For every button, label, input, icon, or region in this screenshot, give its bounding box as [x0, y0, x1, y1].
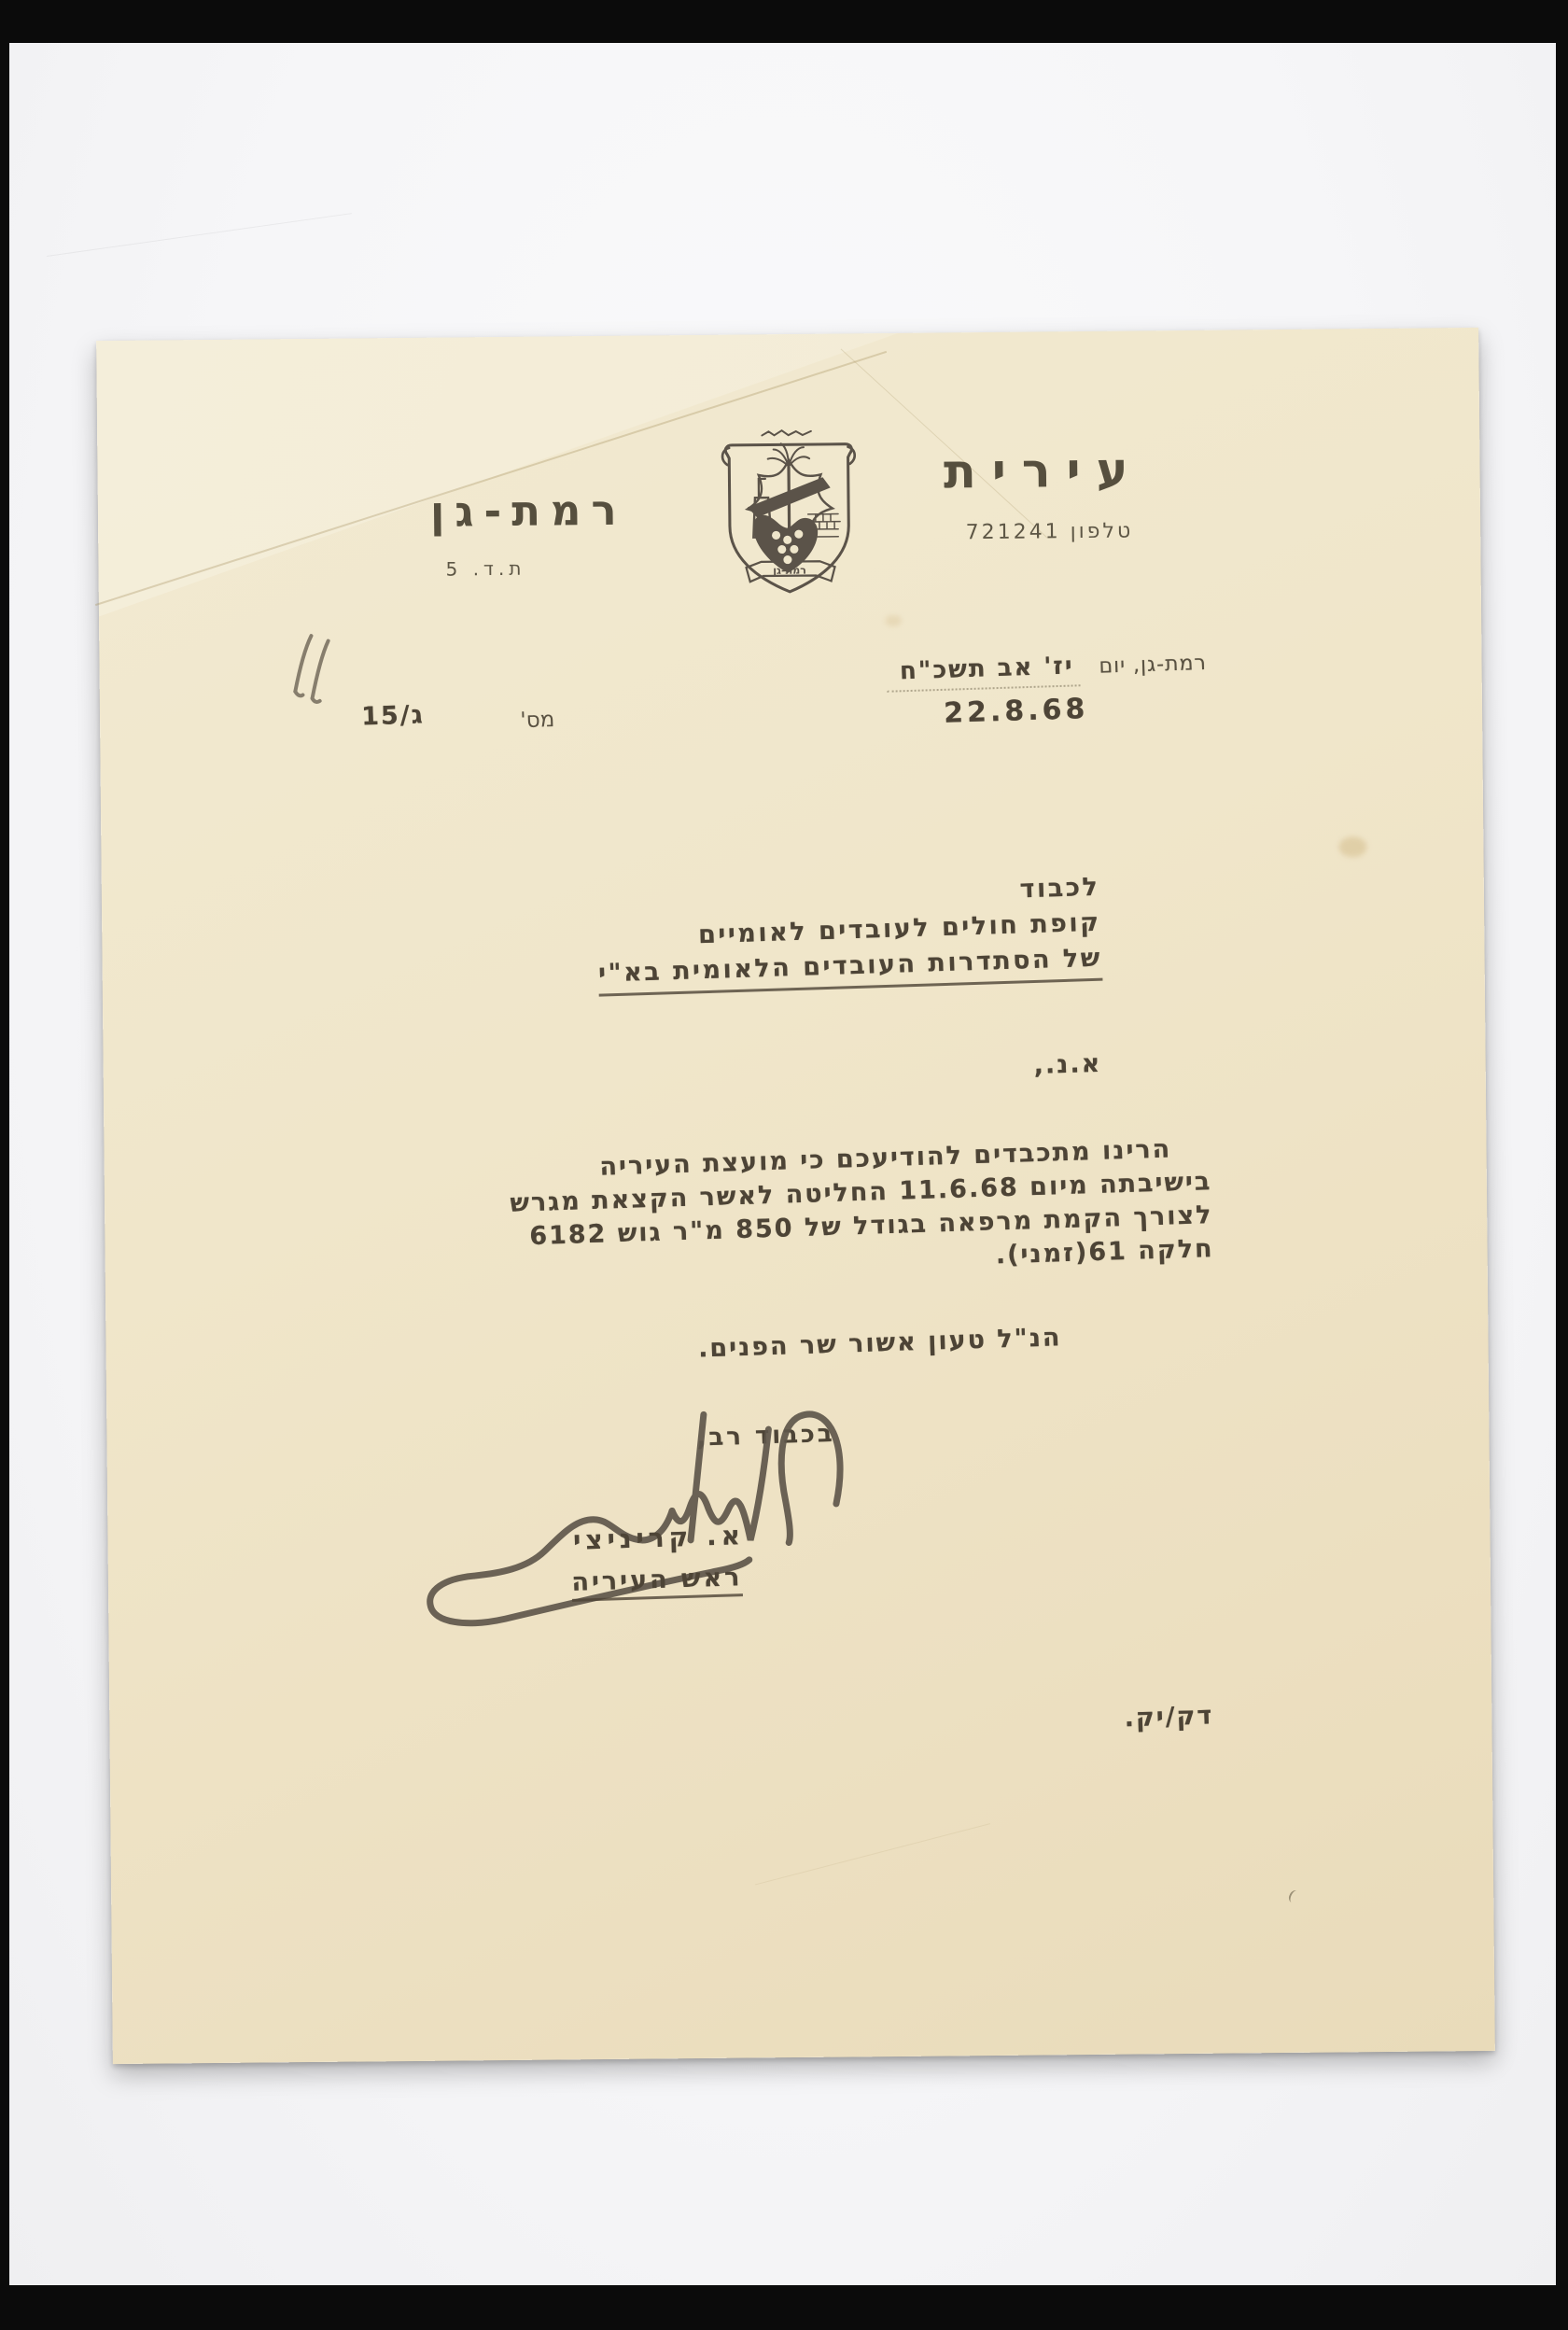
- reference-number: ג/15: [361, 700, 425, 731]
- backdrop-crease: [47, 213, 352, 257]
- recipient-block: לכבוד קופת חולים לעובדים לאומיים של הסתד…: [595, 870, 1102, 997]
- typed-layer: רמת-גן, יום יז' אב תשכ"ח 22.8.68 מס' ג/1…: [87, 322, 1522, 2088]
- reference-label: מס': [520, 708, 555, 733]
- scanned-letter-photo: { "letterhead": { "org_name": "עירית", "…: [0, 0, 1568, 2330]
- letter-content: עירית טלפון 721241 רמת-גן ת.ד. 5: [96, 328, 1495, 2064]
- typist-initials: דק/יק.: [1124, 1701, 1214, 1733]
- signer-title: ראש העיריה: [571, 1563, 743, 1602]
- approval-note: הנ"ל טעון אשור שר הפנים.: [698, 1323, 1062, 1363]
- letter-paper: עירית טלפון 721241 רמת-גן ת.ד. 5: [96, 328, 1495, 2064]
- hebrew-date: יז' אב תשכ"ח: [887, 652, 1081, 692]
- gregorian-date: 22.8.68: [944, 693, 1089, 730]
- date-line: רמת-גן, יום יז' אב תשכ"ח: [887, 648, 1208, 686]
- greeting: א.נ.,: [1033, 1049, 1102, 1080]
- photo-backdrop: עירית טלפון 721241 רמת-גן ת.ד. 5: [9, 43, 1556, 2285]
- signer-name: א. קריניצי: [573, 1520, 746, 1556]
- date-prefix: רמת-גן, יום: [1099, 652, 1207, 679]
- body-paragraph: הרינו מתכבדים להודיעכם כי מועצת העיריה ב…: [352, 1131, 1214, 1293]
- handwritten-mark: [286, 630, 338, 705]
